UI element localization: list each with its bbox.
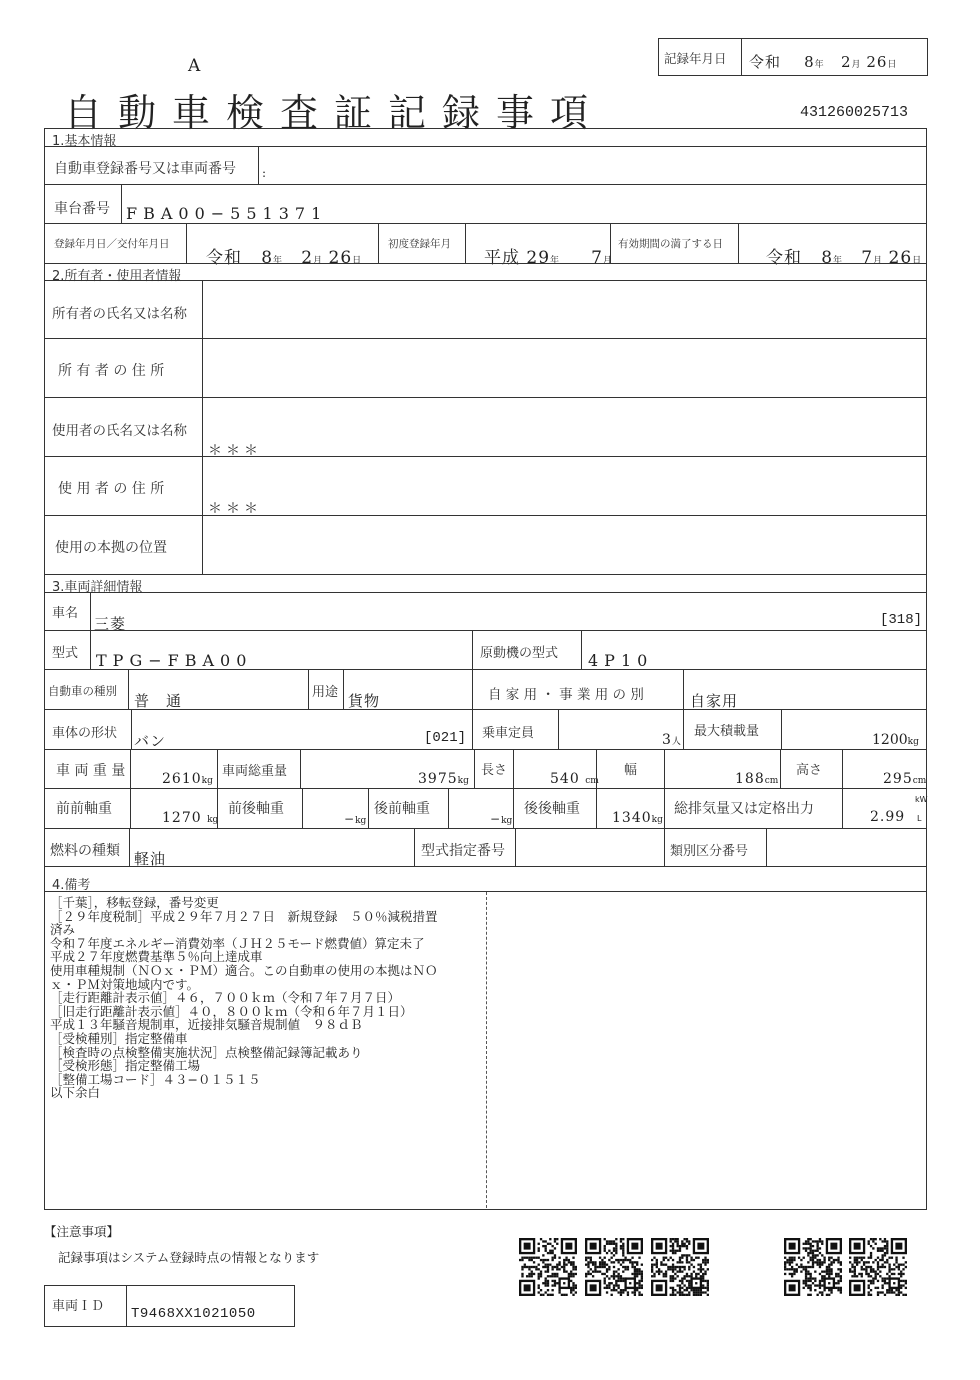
remark-line: ｘ・ＰＭ対策地域内です。 <box>50 978 490 992</box>
rr-axle-label: 後後軸重 <box>524 798 580 818</box>
rr-axle-value: 1340kg <box>612 810 663 826</box>
remark-line: ［受検形態］指定整備工場 <box>50 1059 490 1073</box>
reg-number-label: 自動車登録番号又は車両番号 <box>54 158 236 178</box>
vehicle-class-value: 普 通 <box>134 690 182 711</box>
ff-axle-label: 前前軸重 <box>56 798 112 818</box>
qr-code-4 <box>784 1238 842 1296</box>
capacity-label: 乗車定員 <box>482 722 534 741</box>
type-designation-label: 型式指定番号 <box>421 840 505 860</box>
vehicle-id-box: 車両ＩＤ T9468XX1021050 <box>44 1285 295 1327</box>
vehicle-class-label: 自動車の種別 <box>48 683 117 699</box>
private-business-label: 自 家 用 ・ 事 業 用 の 別 <box>488 683 644 703</box>
max-load-value: 1200kg <box>872 732 919 748</box>
remark-line: 平成１３年騒音規制車，近接排気騒音規制値 ９８ｄＢ <box>50 1018 490 1032</box>
gross-weight-value: 3975kg <box>418 771 469 787</box>
remark-line: ［千葉］，移転登録，番号変更 <box>50 896 490 910</box>
expiry-label: 有効期間の満了する日 <box>618 236 723 251</box>
owner-address-label: 所 有 者 の 住 所 <box>58 360 164 380</box>
remark-line: 以下余白 <box>50 1086 490 1100</box>
remark-line: 使用車種規制（ＮＯｘ・ＰＭ）適合。この自動車の使用の本拠はＮＯ <box>50 964 490 978</box>
height-label: 高さ <box>796 759 822 778</box>
reg-date-label: 登録年月日／交付年月日 <box>54 236 170 251</box>
qr-code-1 <box>519 1238 577 1296</box>
remark-line: 済み <box>50 923 490 937</box>
remark-line: ［２９年度税制］平成２９年７月２７日 新規登録 ５０％減税措置 <box>50 910 490 924</box>
remark-line: ［旧走行距離計表示値］４０，８００ｋｍ（令和６年７月１日） <box>50 1005 490 1019</box>
private-business-value: 自家用 <box>690 690 738 711</box>
section-2-title: 2.所有者・使用者情報 <box>52 265 181 284</box>
record-date-box: 記録年月日 令和 8年 2月 26日 <box>658 38 928 76</box>
remark-line: ［検査時の点検整備実施状況］点検整備記録簿記載あり <box>50 1046 490 1060</box>
remark-line: ［受検種別］指定整備車 <box>50 1032 490 1046</box>
vehicle-id-value: T9468XX1021050 <box>131 1306 256 1322</box>
model-label: 型式 <box>52 642 78 661</box>
chassis-label: 車台番号 <box>54 198 110 218</box>
length-label: 長さ <box>481 759 507 778</box>
document-number: 431260025713 <box>800 104 908 121</box>
vehicle-weight-label: 車 両 重 量 <box>56 760 125 780</box>
remark-line: ［整備工場コード］４３−０１５１５ <box>50 1073 490 1087</box>
displacement-unit-kw: kW <box>915 795 928 804</box>
fr-axle-value: −kg <box>344 812 366 826</box>
engine-model-label: 原動機の型式 <box>480 642 558 661</box>
remark-line: 令和７年度エネルギー消費効率（ＪＨ２５モード燃費値）算定未了 <box>50 937 490 951</box>
record-date-value: 令和 8年 2月 26日 <box>749 51 896 72</box>
vehicle-weight-value: 2610kg <box>162 771 213 787</box>
notes-text: 記録事項はシステム登録時点の情報となります <box>58 1248 319 1266</box>
purpose-value: 貨物 <box>348 690 380 711</box>
user-address-label: 使 用 者 の 住 所 <box>58 478 164 498</box>
fuel-label: 燃料の種類 <box>50 840 120 860</box>
engine-model-value: 4P10 <box>588 651 653 670</box>
reg-number-value: : <box>262 166 267 180</box>
rf-axle-label: 後前軸重 <box>374 798 430 818</box>
user-name-value: ＊＊＊ <box>208 440 262 460</box>
remarks-text: ［千葉］，移転登録，番号変更［２９年度税制］平成２９年７月２７日 新規登録 ５０… <box>50 896 490 1100</box>
gross-weight-label: 車両総重量 <box>222 760 287 779</box>
remark-line: 平成２７年度燃費基準５％向上達成車 <box>50 950 490 964</box>
width-label: 幅 <box>624 759 637 778</box>
width-value: 188cm <box>735 771 778 787</box>
base-location-label: 使用の本拠の位置 <box>55 537 167 557</box>
qr-code-2 <box>585 1238 643 1296</box>
record-date-label: 記録年月日 <box>664 49 727 67</box>
reg-date-value: 令和 8年 2月 26日 <box>206 243 361 268</box>
first-reg-value: 平成 29年 7月 <box>484 243 612 268</box>
purpose-label: 用途 <box>312 681 338 700</box>
qr-code-3 <box>651 1238 709 1296</box>
length-value: 540 cm <box>550 771 599 787</box>
body-shape-code: [021] <box>424 730 466 746</box>
qr-code-5 <box>849 1238 907 1296</box>
notes-title: 【注意事項】 <box>44 1222 119 1240</box>
rf-axle-value: −kg <box>490 812 512 826</box>
model-value: TPG−FBA00 <box>96 651 252 670</box>
body-shape-label: 車体の形状 <box>52 722 117 741</box>
displacement-unit-l: L <box>917 814 921 823</box>
chassis-value: FBA00−551371 <box>126 204 327 223</box>
expiry-value: 令和 8年 7月 26日 <box>766 243 921 268</box>
category-number-label: 類別区分番号 <box>670 840 748 859</box>
fr-axle-label: 前後軸重 <box>228 798 284 818</box>
max-load-label: 最大積載量 <box>694 720 759 739</box>
displacement-label: 総排気量又は定格出力 <box>674 798 814 818</box>
user-name-label: 使用者の氏名又は名称 <box>52 419 187 439</box>
capacity-value: 3人 <box>662 732 681 748</box>
form-letter: A <box>188 56 200 76</box>
height-value: 295cm <box>883 771 926 787</box>
owner-name-label: 所有者の氏名又は名称 <box>52 302 187 322</box>
first-reg-label: 初度登録年月 <box>388 236 451 251</box>
vehicle-id-label: 車両ＩＤ <box>52 1295 104 1314</box>
car-name-code: [318] <box>880 612 922 628</box>
body-shape-value: バン <box>134 730 166 751</box>
ff-axle-value: 1270 kg <box>162 810 218 826</box>
car-name-label: 車名 <box>52 602 78 621</box>
remark-line: ［走行距離計表示値］４６，７００ｋｍ（令和７年７月７日） <box>50 991 490 1005</box>
displacement-value: 2.99 <box>870 809 905 825</box>
